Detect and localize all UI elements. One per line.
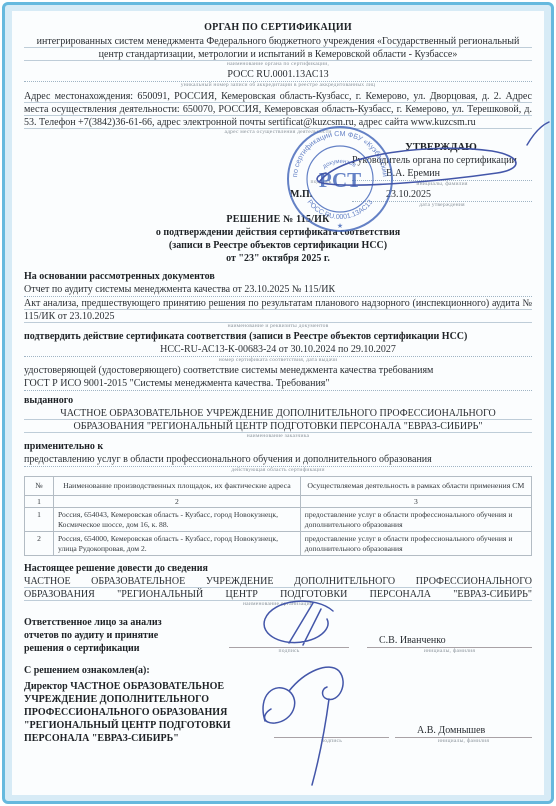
col-header-num: № xyxy=(25,477,54,496)
row1-activity: предоставление услуг в области профессио… xyxy=(300,508,531,532)
accreditation-caption: уникальный номер записи об аккредитации … xyxy=(24,82,532,89)
decision-subtitle2: (записи в Реестре объектов сертификации … xyxy=(24,239,532,252)
row1-num: 1 xyxy=(25,508,54,532)
notify-label: Настоящее решение довести до сведения xyxy=(24,562,532,575)
row2-address: Россия, 654000, Кемеровская область - Ку… xyxy=(54,532,301,556)
standard-line: ГОСТ Р ИСО 9001-2015 "Системы менеджмент… xyxy=(24,377,532,391)
basis-label: На основании рассмотренных документов xyxy=(24,270,532,283)
decision-date-line: от "23" октября 2025 г. xyxy=(24,252,532,265)
basis-doc-1: Отчет по аудиту системы менеджмента каче… xyxy=(24,283,532,297)
page-title: ОРГАН ПО СЕРТИФИКАЦИИ xyxy=(24,21,532,34)
issued-label: выданного xyxy=(24,394,532,407)
confirm-line: подтвердить действие сертификата соответ… xyxy=(24,330,532,343)
responsible-name: С.В. Иванченко xyxy=(367,634,532,648)
row2-num: 2 xyxy=(25,532,54,556)
col-header-activity: Осуществляемая деятельность в рамках обл… xyxy=(300,477,531,496)
basis-doc-2: Акт анализа, предшествующего принятию ре… xyxy=(24,297,532,323)
acknowledged-signature xyxy=(255,659,385,789)
table-colnumber-row: 1 2 3 xyxy=(25,495,532,508)
certificate-caption: номер сертификата соответствия, дата выд… xyxy=(24,357,532,364)
decision-subtitle1: о подтверждении действия сертификата соо… xyxy=(24,226,532,239)
address-caption: адрес места осуществления деятельности xyxy=(24,129,532,136)
acknowledged-name: А.В. Домнышев xyxy=(395,724,532,738)
basis-docs-caption: наименование и реквизиты документов xyxy=(24,323,532,330)
responsible-label: Ответственное лицо за анализ отчетов по … xyxy=(24,616,189,655)
scope-line: предоставлению услуг в области профессио… xyxy=(24,453,532,467)
colnum-1: 1 xyxy=(25,495,54,508)
row2-activity: предоставление услуг в области профессио… xyxy=(300,532,531,556)
stamp-star-icon: ★ xyxy=(337,222,343,230)
pen-mark xyxy=(524,119,552,149)
row1-address: Россия, 654043, Кемеровская область - Ку… xyxy=(54,508,301,532)
responsible-name-caption: инициалы, фамилия xyxy=(367,648,532,655)
customer-caption: наименование заказчика xyxy=(24,433,532,440)
approver-signature xyxy=(312,139,537,199)
col-header-sites: Наименование производственных площадок, … xyxy=(54,477,301,496)
scope-table: № Наименование производственных площадок… xyxy=(24,476,532,556)
colnum-3: 3 xyxy=(300,495,531,508)
certificate-decision-page: ОРГАН ПО СЕРТИФИКАЦИИ интегрированных си… xyxy=(12,11,544,795)
body-name-caption: наименование органа по сертификации, xyxy=(24,61,532,68)
responsible-signature xyxy=(255,597,350,655)
certification-body-name: интегрированных систем менеджмента Федер… xyxy=(24,35,532,61)
scope-caption: действующая область сертификации xyxy=(24,467,532,474)
accreditation-number: РОСС RU.0001.13АС13 xyxy=(24,68,532,82)
decision-title: РЕШЕНИЕ № 115/ИК xyxy=(24,213,532,226)
conformity-line: удостоверяющей (удостоверяющего) соответ… xyxy=(24,364,532,377)
issued-org-name: ЧАСТНОЕ ОБРАЗОВАТЕЛЬНОЕ УЧРЕЖДЕНИЕ ДОПОЛ… xyxy=(24,407,532,433)
acknowledged-role-org: Директор ЧАСТНОЕ ОБРАЗОВАТЕЛЬНОЕ УЧРЕЖДЕ… xyxy=(24,680,259,745)
table-header-row: № Наименование производственных площадок… xyxy=(25,477,532,496)
colnum-2: 2 xyxy=(54,495,301,508)
table-row: 1 Россия, 654043, Кемеровская область - … xyxy=(25,508,532,532)
acknowledged-name-caption: инициалы, фамилия xyxy=(395,738,532,745)
table-row: 2 Россия, 654000, Кемеровская область - … xyxy=(25,532,532,556)
applies-label: применительно к xyxy=(24,440,532,453)
certificate-number: НСС-RU-АС13-К-00683-24 от 30.10.2024 по … xyxy=(24,343,532,357)
address-block: Адрес местонахождения: 650091, РОССИЯ, К… xyxy=(24,90,532,129)
